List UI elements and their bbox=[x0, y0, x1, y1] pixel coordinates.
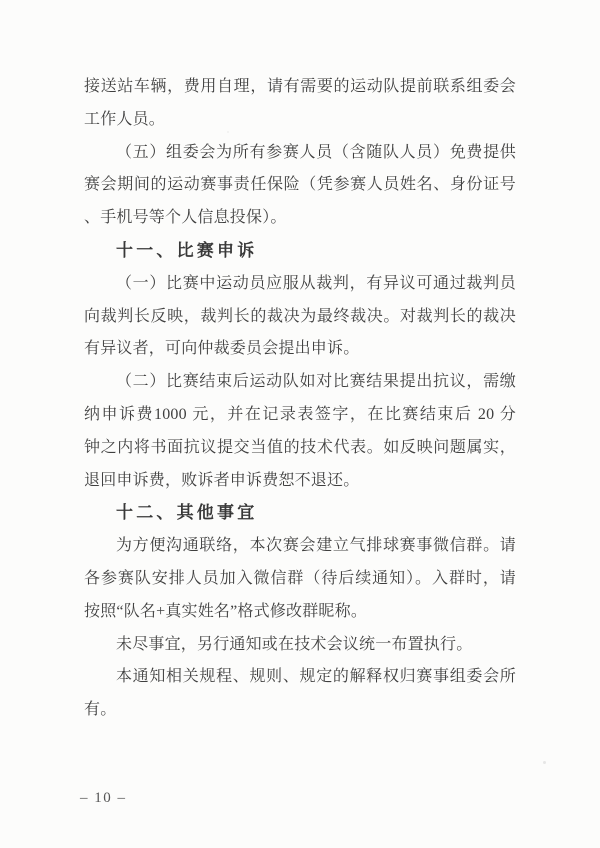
document-body: 接送站车辆，费用自理，请有需要的运动队提前联系组委会 工作人员。 （五）组委会为… bbox=[84, 71, 516, 727]
body-line-paragraph-start: （一）比赛中运动员应服从裁判，有异议可通过裁判员 bbox=[84, 268, 516, 301]
body-line-paragraph-start: 本通知相关规程、规则、规定的解释权归赛事组委会所 bbox=[84, 661, 516, 694]
scan-noise-speck bbox=[227, 131, 229, 133]
section-heading-other-matters: 十二、其他事宜 bbox=[84, 497, 516, 530]
body-line: 各参赛队安排人员加入微信群（待后续通知）。入群时，请 bbox=[84, 563, 516, 596]
body-line: 纳申诉费1000 元，并在记录表签字，在比赛结束后 20 分 bbox=[84, 399, 516, 432]
body-line: 赛会期间的运动赛事责任保险（凭参赛人员姓名、身份证号 bbox=[84, 169, 516, 202]
body-line-paragraph-start: （二）比赛结束后运动队如对比赛结果提出抗议，需缴 bbox=[84, 366, 516, 399]
body-line-paragraph-end: 工作人员。 bbox=[84, 104, 516, 137]
body-line-paragraph-end: 、手机号等个人信息投保）。 bbox=[84, 202, 516, 235]
body-line: 接送站车辆，费用自理，请有需要的运动队提前联系组委会 bbox=[84, 71, 516, 104]
body-line-paragraph-end: 按照“队名+真实姓名”格式修改群昵称。 bbox=[84, 596, 516, 629]
page-number: – 10 – bbox=[80, 790, 127, 807]
body-line-paragraph-start: 为方便沟通联络，本次赛会建立气排球赛事微信群。请 bbox=[84, 530, 516, 563]
body-line-paragraph-end: 退回申诉费，败诉者申诉费恕不退还。 bbox=[84, 465, 516, 498]
body-line: 向裁判长反映，裁判长的裁决为最终裁决。对裁判长的裁决 bbox=[84, 301, 516, 334]
body-line-paragraph-end: 有。 bbox=[84, 694, 516, 727]
body-line: 钟之内将书面抗议提交当值的技术代表。如反映问题属实， bbox=[84, 432, 516, 465]
scan-noise-speck bbox=[543, 761, 546, 764]
scanned-document-page: 接送站车辆，费用自理，请有需要的运动队提前联系组委会 工作人员。 （五）组委会为… bbox=[0, 0, 600, 848]
body-line-paragraph-start: （五）组委会为所有参赛人员（含随队人员）免费提供 bbox=[84, 137, 516, 170]
body-line-single-paragraph: 未尽事宜，另行通知或在技术会议统一布置执行。 bbox=[84, 629, 516, 662]
body-line-paragraph-end: 有异议者，可向仲裁委员会提出申诉。 bbox=[84, 333, 516, 366]
section-heading-appeals: 十一、比赛申诉 bbox=[84, 235, 516, 268]
